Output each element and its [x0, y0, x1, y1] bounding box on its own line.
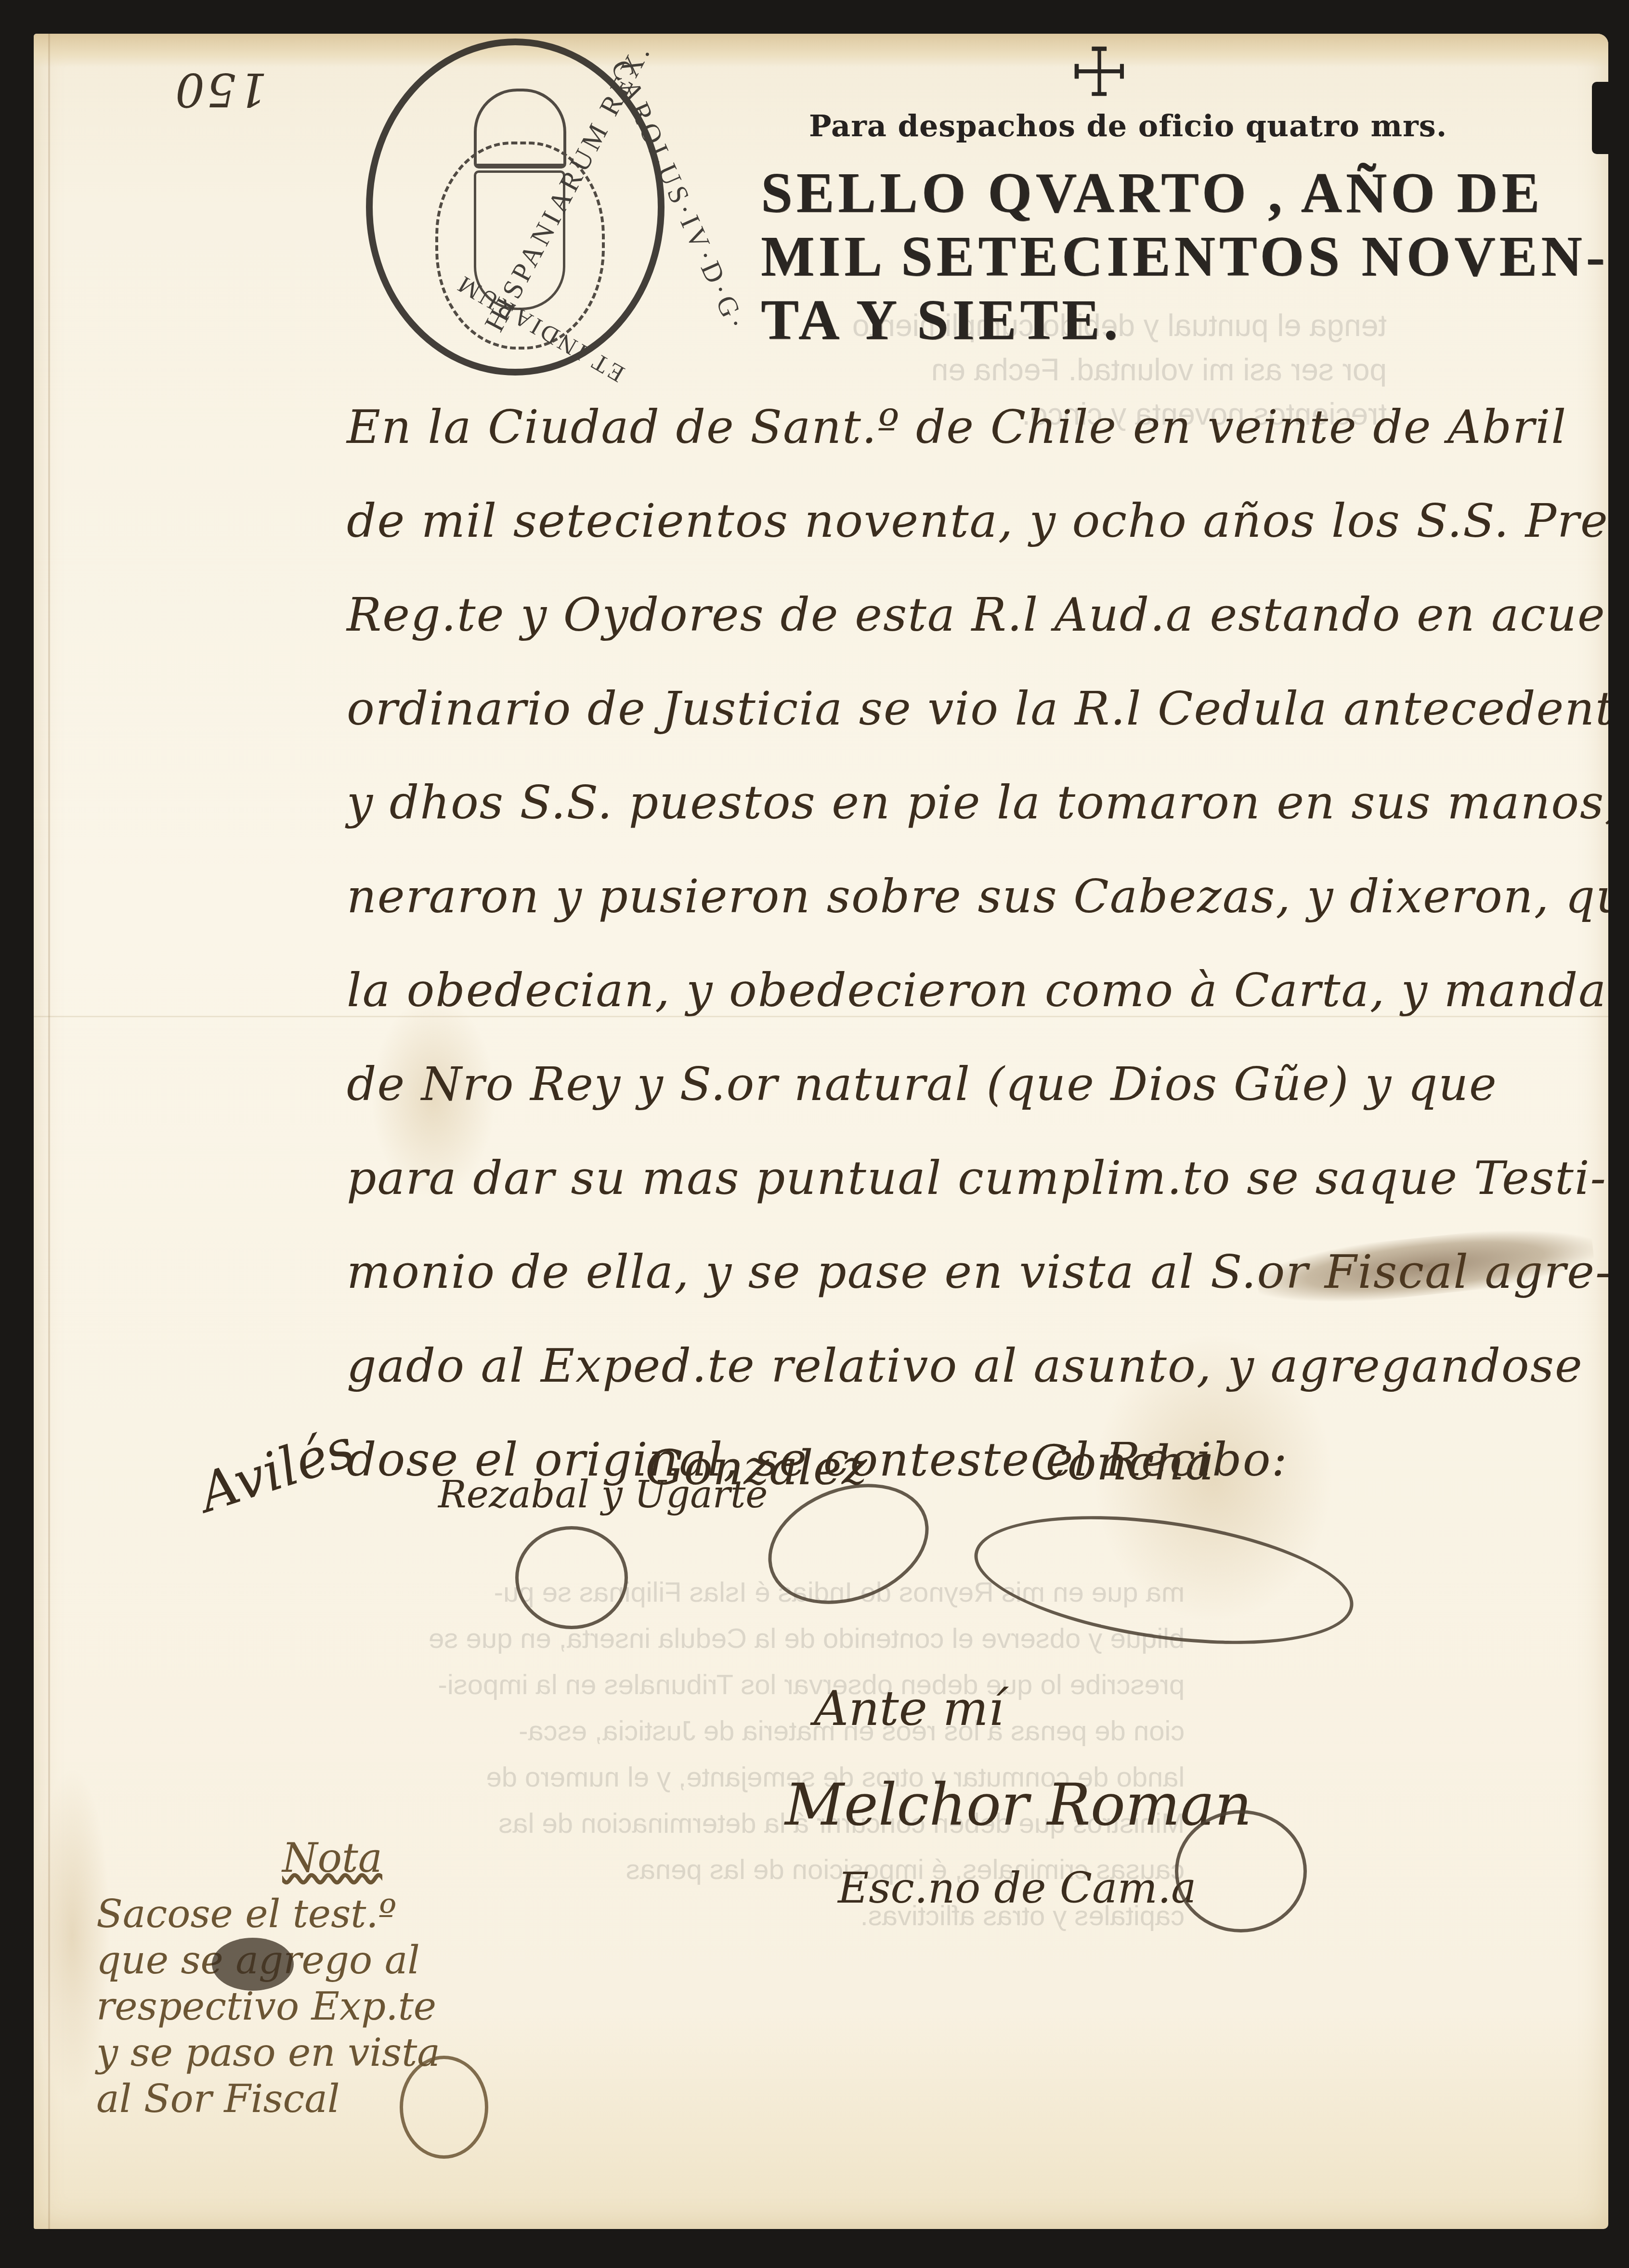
body-line: gado al Exped.te relativo al asunto, y a… — [347, 1319, 1608, 1413]
body-line: En la Ciudad de Sant.º de Chile en veint… — [347, 380, 1608, 474]
stamp-subtitle: Para despachos de oficio quatro mrs. — [809, 108, 1447, 143]
body-line: Reg.te y Oydores de esta R.l Aud.a estan… — [347, 568, 1608, 662]
stamp-title: SELLO QVARTO , AÑO DE MIL SETECIENTOS NO… — [761, 161, 1483, 352]
signature-gonzalez: Gonzalez — [645, 1439, 867, 1496]
signature-melchor-roman: Melchor Roman — [785, 1772, 1252, 1839]
marginal-note-line: respectivo Exp.te — [96, 1983, 530, 2030]
cross-icon: ☩ — [1069, 34, 1130, 112]
rubric-flourish — [1175, 1810, 1307, 1932]
marginal-note-line: Sacose el test.º — [96, 1891, 530, 1937]
body-line: para dar su mas puntual cumplim.to se sa… — [347, 1131, 1608, 1225]
marginal-note-line: que se agrego al — [96, 1937, 530, 1983]
stamp-title-line: TA Y SIETE. — [761, 288, 1483, 352]
ink-blot — [212, 1938, 294, 1991]
binding-tab — [1592, 82, 1608, 154]
rubric-flourish — [400, 2056, 488, 2159]
folio-number: 150 — [173, 63, 267, 117]
signature-escribano-camara: Esc.no de Cam.a — [838, 1863, 1196, 1913]
body-line: la obedecian, y obedecieron como à Carta… — [347, 944, 1608, 1037]
body-line: ordinario de Justicia se vio la R.l Cedu… — [347, 662, 1608, 756]
body-line: y dhos S.S. puestos en pie la tomaron en… — [347, 756, 1608, 850]
royal-seal: HISPANIARUM REX. CAROLUS·IV·D·G· ET INDI… — [366, 39, 665, 376]
body-line: de Nro Rey y S.or natural (que Dios Gũe)… — [347, 1037, 1608, 1131]
body-line: neraron y pusieron sobre sus Cabezas, y … — [347, 850, 1608, 944]
manuscript-body: En la Ciudad de Sant.º de Chile en veint… — [347, 380, 1608, 1507]
seal-legend-right: CAROLUS·IV·D·G· — [604, 55, 754, 337]
body-line: de mil setecientos noventa, y ocho años … — [347, 474, 1608, 568]
stamp-title-line: SELLO QVARTO , AÑO DE — [761, 161, 1483, 225]
signature-ante-mi: Ante mí — [814, 1680, 1004, 1737]
stamp-title-line: MIL SETECIENTOS NOVEN- — [761, 225, 1483, 288]
marginal-note-title: Nota — [135, 1834, 530, 1881]
manuscript-page: 150 tenga el puntual y debido cumplimien… — [34, 34, 1608, 2229]
signature-concha: Concha — [1030, 1435, 1214, 1491]
signature-aviles: Avilés — [192, 1416, 361, 1524]
rubric-flourish — [515, 1526, 628, 1629]
paper-top-edge — [34, 34, 1608, 67]
